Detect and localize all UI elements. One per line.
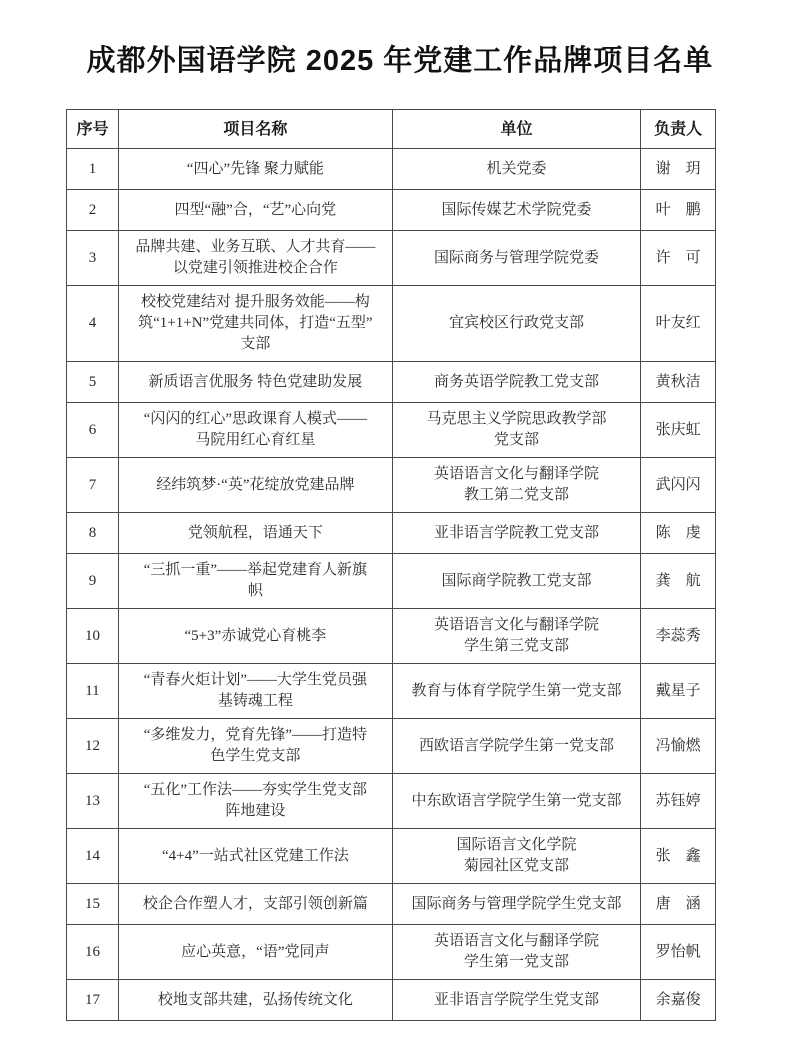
table-row: 17 校地支部共建，弘扬传统文化 亚非语言学院学生党支部 余嘉俊 [67, 980, 716, 1021]
row-index: 12 [67, 719, 119, 774]
unit-name: 教育与体育学院学生第一党支部 [392, 664, 641, 719]
person-name: 龚 航 [641, 554, 716, 609]
header-row: 序号 项目名称 单位 负责人 [67, 110, 716, 149]
person-name: 戴星子 [641, 664, 716, 719]
table-row: 8 党领航程，语通天下 亚非语言学院教工党支部 陈 虔 [67, 513, 716, 554]
unit-name: 马克思主义学院思政教学部 党支部 [392, 403, 641, 458]
project-name: 校校党建结对 提升服务效能——构 筑“1+1+N”党建共同体，打造“五型” 支部 [118, 286, 392, 362]
person-name: 冯愉燃 [641, 719, 716, 774]
table-row: 2 四型“融”合，“艺”心向党 国际传媒艺术学院党委 叶 鹏 [67, 190, 716, 231]
project-name: 经纬筑梦·“英”花绽放党建品牌 [118, 458, 392, 513]
table-row: 16 应心英意，“语”党同声 英语语言文化与翻译学院 学生第一党支部 罗怡帆 [67, 925, 716, 980]
unit-name: 亚非语言学院教工党支部 [392, 513, 641, 554]
row-index: 15 [67, 884, 119, 925]
unit-name: 国际商学院教工党支部 [392, 554, 641, 609]
project-name: 校企合作塑人才，支部引领创新篇 [118, 884, 392, 925]
page-title: 成都外国语学院 2025 年党建工作品牌项目名单 [0, 0, 800, 79]
project-name: “青春火炬计划”——大学生党员强 基铸魂工程 [118, 664, 392, 719]
row-index: 6 [67, 403, 119, 458]
project-name: “闪闪的红心”思政课育人模式—— 马院用红心育红星 [118, 403, 392, 458]
col-header-index: 序号 [67, 110, 119, 149]
row-index: 5 [67, 362, 119, 403]
person-name: 叶友红 [641, 286, 716, 362]
person-name: 余嘉俊 [641, 980, 716, 1021]
unit-name: 宜宾校区行政党支部 [392, 286, 641, 362]
table-row: 14 “4+4”一站式社区党建工作法 国际语言文化学院 菊园社区党支部 张 鑫 [67, 829, 716, 884]
unit-name: 英语语言文化与翻译学院 学生第一党支部 [392, 925, 641, 980]
row-index: 11 [67, 664, 119, 719]
project-name: “多维发力，党育先锋”——打造特 色学生党支部 [118, 719, 392, 774]
project-name: 党领航程，语通天下 [118, 513, 392, 554]
table-row: 7 经纬筑梦·“英”花绽放党建品牌 英语语言文化与翻译学院 教工第二党支部 武闪… [67, 458, 716, 513]
unit-name: 机关党委 [392, 149, 641, 190]
project-name: 应心英意，“语”党同声 [118, 925, 392, 980]
person-name: 黄秋洁 [641, 362, 716, 403]
row-index: 3 [67, 231, 119, 286]
person-name: 叶 鹏 [641, 190, 716, 231]
project-name: 四型“融”合，“艺”心向党 [118, 190, 392, 231]
table-row: 10 “5+3”赤诚党心育桃李 英语语言文化与翻译学院 学生第三党支部 李蕊秀 [67, 609, 716, 664]
table-body: 1 “四心”先锋 聚力赋能 机关党委 谢 玥 2 四型“融”合，“艺”心向党 国… [67, 149, 716, 1021]
col-header-unit: 单位 [392, 110, 641, 149]
table-row: 9 “三抓一重”——举起党建育人新旗 帜 国际商学院教工党支部 龚 航 [67, 554, 716, 609]
row-index: 14 [67, 829, 119, 884]
document-page: 成都外国语学院 2025 年党建工作品牌项目名单 序号 项目名称 单位 负责人 … [0, 0, 800, 1040]
unit-name: 国际商务与管理学院学生党支部 [392, 884, 641, 925]
row-index: 8 [67, 513, 119, 554]
project-name: “5+3”赤诚党心育桃李 [118, 609, 392, 664]
project-name: “四心”先锋 聚力赋能 [118, 149, 392, 190]
person-name: 苏钰婷 [641, 774, 716, 829]
person-name: 李蕊秀 [641, 609, 716, 664]
unit-name: 西欧语言学院学生第一党支部 [392, 719, 641, 774]
project-name: 品牌共建、业务互联、人才共育—— 以党建引领推进校企合作 [118, 231, 392, 286]
project-name: “4+4”一站式社区党建工作法 [118, 829, 392, 884]
unit-name: 英语语言文化与翻译学院 教工第二党支部 [392, 458, 641, 513]
person-name: 罗怡帆 [641, 925, 716, 980]
unit-name: 国际商务与管理学院党委 [392, 231, 641, 286]
table-row: 13 “五化”工作法——夯实学生党支部 阵地建设 中东欧语言学院学生第一党支部 … [67, 774, 716, 829]
unit-name: 商务英语学院教工党支部 [392, 362, 641, 403]
project-name: 校地支部共建，弘扬传统文化 [118, 980, 392, 1021]
person-name: 张庆虹 [641, 403, 716, 458]
col-header-person: 负责人 [641, 110, 716, 149]
table-row: 6 “闪闪的红心”思政课育人模式—— 马院用红心育红星 马克思主义学院思政教学部… [67, 403, 716, 458]
table-row: 5 新质语言优服务 特色党建助发展 商务英语学院教工党支部 黄秋洁 [67, 362, 716, 403]
person-name: 陈 虔 [641, 513, 716, 554]
person-name: 武闪闪 [641, 458, 716, 513]
row-index: 16 [67, 925, 119, 980]
unit-name: 亚非语言学院学生党支部 [392, 980, 641, 1021]
project-name: “三抓一重”——举起党建育人新旗 帜 [118, 554, 392, 609]
unit-name: 国际语言文化学院 菊园社区党支部 [392, 829, 641, 884]
table-row: 15 校企合作塑人才，支部引领创新篇 国际商务与管理学院学生党支部 唐 涵 [67, 884, 716, 925]
person-name: 张 鑫 [641, 829, 716, 884]
projects-table: 序号 项目名称 单位 负责人 1 “四心”先锋 聚力赋能 机关党委 谢 玥 2 … [66, 109, 716, 1021]
table-row: 12 “多维发力，党育先锋”——打造特 色学生党支部 西欧语言学院学生第一党支部… [67, 719, 716, 774]
row-index: 17 [67, 980, 119, 1021]
row-index: 13 [67, 774, 119, 829]
row-index: 2 [67, 190, 119, 231]
row-index: 9 [67, 554, 119, 609]
row-index: 7 [67, 458, 119, 513]
row-index: 10 [67, 609, 119, 664]
table-row: 3 品牌共建、业务互联、人才共育—— 以党建引领推进校企合作 国际商务与管理学院… [67, 231, 716, 286]
table-header: 序号 项目名称 单位 负责人 [67, 110, 716, 149]
table-row: 4 校校党建结对 提升服务效能——构 筑“1+1+N”党建共同体，打造“五型” … [67, 286, 716, 362]
row-index: 4 [67, 286, 119, 362]
person-name: 唐 涵 [641, 884, 716, 925]
person-name: 许 可 [641, 231, 716, 286]
col-header-project: 项目名称 [118, 110, 392, 149]
project-name: “五化”工作法——夯实学生党支部 阵地建设 [118, 774, 392, 829]
person-name: 谢 玥 [641, 149, 716, 190]
table-row: 1 “四心”先锋 聚力赋能 机关党委 谢 玥 [67, 149, 716, 190]
unit-name: 英语语言文化与翻译学院 学生第三党支部 [392, 609, 641, 664]
table-row: 11 “青春火炬计划”——大学生党员强 基铸魂工程 教育与体育学院学生第一党支部… [67, 664, 716, 719]
unit-name: 国际传媒艺术学院党委 [392, 190, 641, 231]
project-name: 新质语言优服务 特色党建助发展 [118, 362, 392, 403]
row-index: 1 [67, 149, 119, 190]
unit-name: 中东欧语言学院学生第一党支部 [392, 774, 641, 829]
